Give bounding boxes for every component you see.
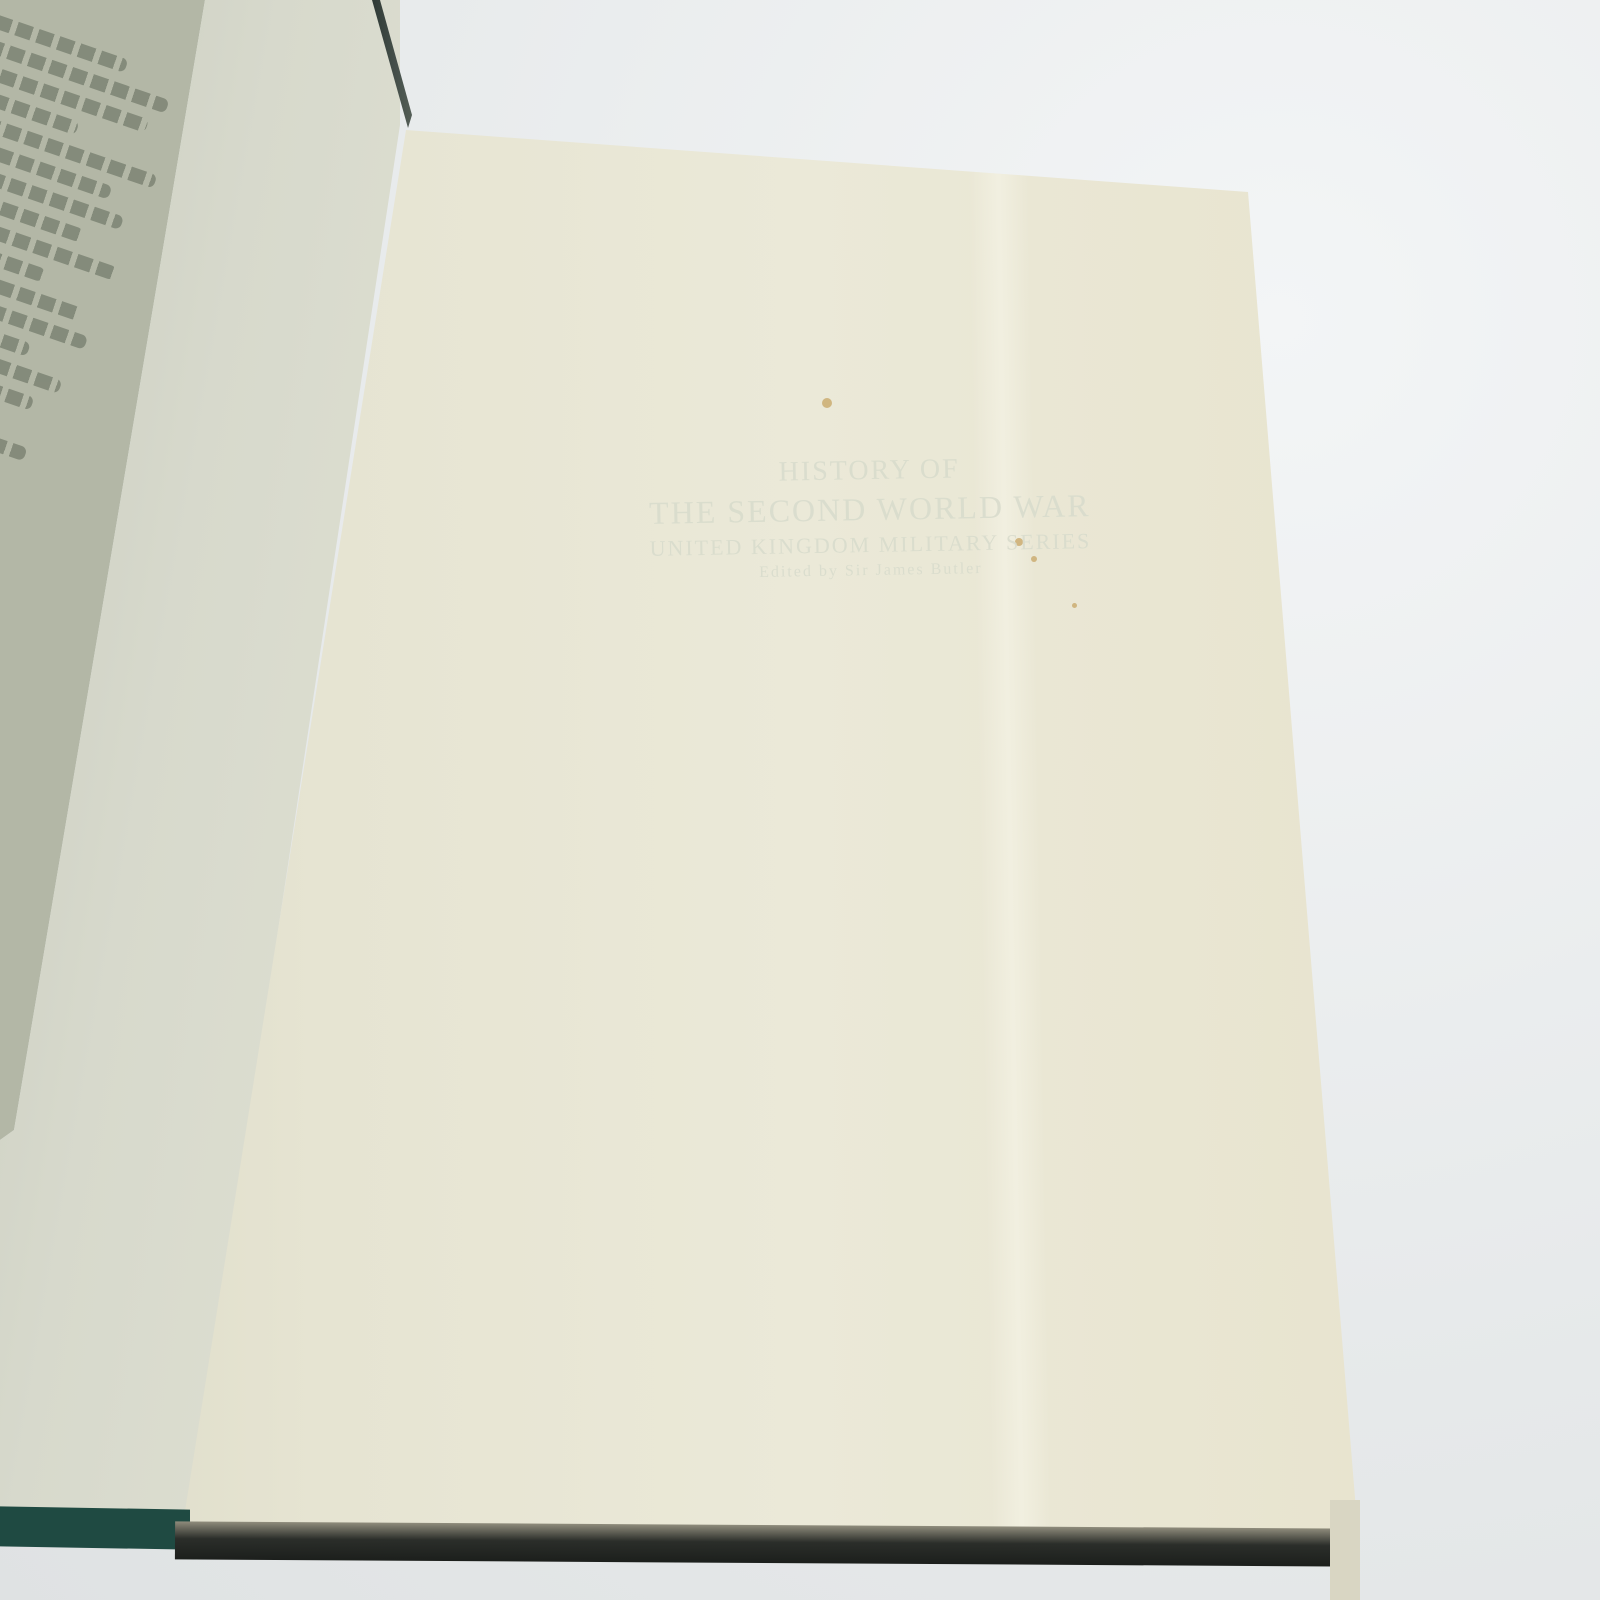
cover-cloth-edge — [0, 1506, 190, 1549]
show-through-line-1: HISTORY OF — [639, 451, 1099, 491]
book-bottom-edge — [175, 1521, 1355, 1566]
text-block-edge — [1330, 1500, 1360, 1600]
page-crease — [968, 150, 1052, 1531]
photo-scene: HISTORY OF THE SECOND WORLD WAR UNITED K… — [0, 0, 1600, 1600]
foxing-spot — [822, 398, 832, 408]
show-through-line-4: Edited by Sir James Butler — [641, 558, 1101, 584]
show-through-line-3: UNITED KINGDOM MILITARY SERIES — [640, 528, 1100, 562]
show-through-title: HISTORY OF THE SECOND WORLD WAR UNITED K… — [639, 451, 1101, 588]
show-through-line-2: THE SECOND WORLD WAR — [640, 487, 1101, 532]
foxing-spot — [1072, 603, 1077, 608]
